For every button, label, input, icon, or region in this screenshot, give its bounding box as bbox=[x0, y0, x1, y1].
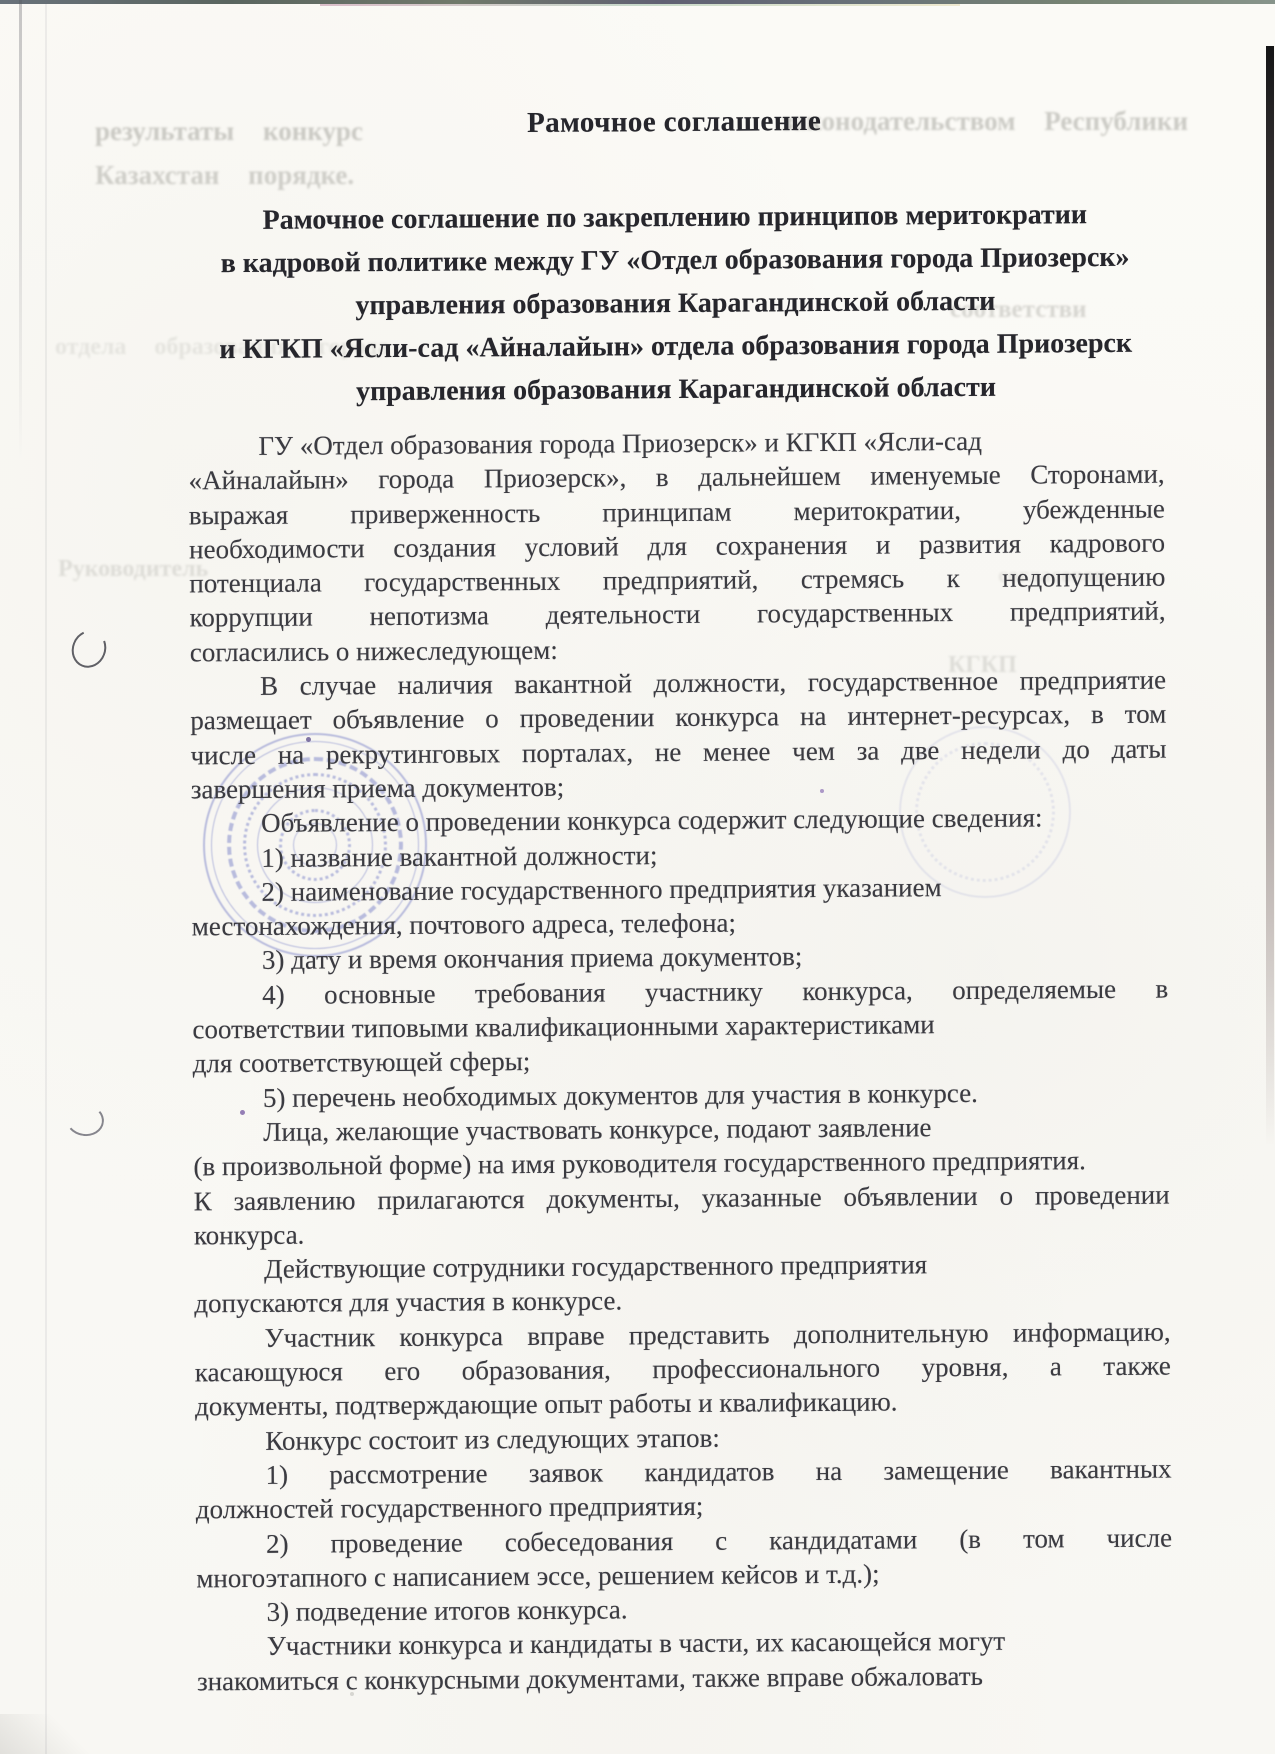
text-line: 2) проведение собеседования с кандидатам… bbox=[196, 1520, 1172, 1561]
document-subtitle: Рамочное соглашение по закреплению принц… bbox=[187, 193, 1164, 415]
text-line: 1) рассмотрение заявок кандидатов на зам… bbox=[195, 1451, 1171, 1492]
text-line: Объявление о проведении конкурса содержи… bbox=[191, 800, 1167, 841]
subtitle-line: управления образования Карагандинской об… bbox=[188, 365, 1164, 415]
document-content: Рамочное соглашение Рамочное соглашение … bbox=[186, 101, 1173, 1699]
subtitle-line: Рамочное соглашение по закреплению принц… bbox=[187, 193, 1163, 243]
scan-edge-left bbox=[19, 0, 22, 460]
bleedthrough-text: Руководитель bbox=[58, 556, 208, 583]
scan-edge-color-tint bbox=[320, 4, 960, 6]
pen-loop-mark bbox=[66, 625, 112, 673]
subtitle-line: и КГКП «Ясли-сад «Айналайын» отдела обра… bbox=[188, 322, 1164, 372]
document-body: ГУ «Отдел образования города Приозерск» … bbox=[188, 423, 1173, 1699]
subtitle-line: управления образования Карагандинской об… bbox=[187, 279, 1163, 329]
document-title: Рамочное соглашение bbox=[186, 101, 1162, 145]
corner-shadow bbox=[0, 1714, 90, 1754]
text-line: касающуюся его образования, профессионал… bbox=[195, 1349, 1171, 1390]
text-line: знакомиться с конкурсными документами, т… bbox=[197, 1657, 1173, 1698]
paper-fold-line bbox=[45, 0, 47, 1754]
text-line: К заявлению прилагаются документы, указа… bbox=[194, 1177, 1170, 1218]
scanned-document-page: результаты конкурсзаконодательством Респ… bbox=[0, 0, 1275, 1754]
subtitle-line: в кадровой политике между ГУ «Отдел обра… bbox=[187, 236, 1163, 286]
pen-smile-mark bbox=[64, 1102, 106, 1139]
text-line: 4) основные требования участнику конкурс… bbox=[192, 971, 1168, 1012]
scan-edge-right bbox=[1266, 46, 1274, 1146]
text-line: числе на рекрутинговых порталах, не мене… bbox=[190, 731, 1166, 772]
text-line: коррупции непотизма деятельности государ… bbox=[189, 594, 1165, 635]
